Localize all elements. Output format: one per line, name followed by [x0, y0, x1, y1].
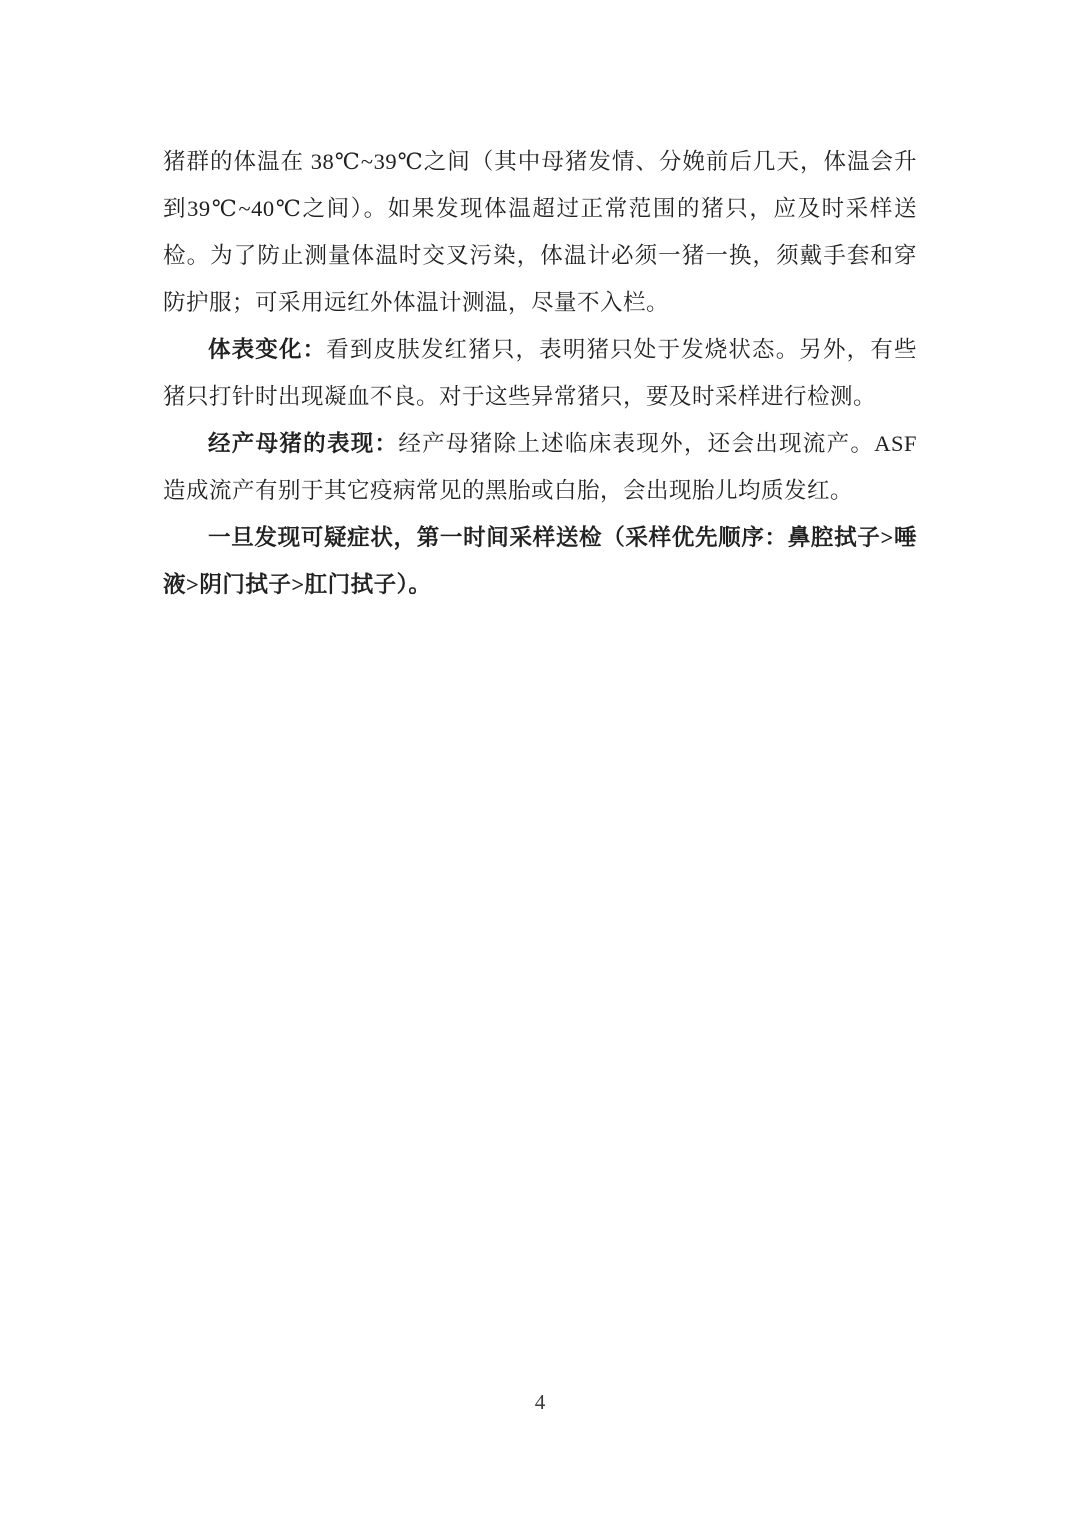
document-page: 猪群的体温在 38℃~39℃之间（其中母猪发情、分娩前后几天，体温会升到39℃~…: [0, 0, 1080, 1527]
bold-text-run: 体表变化：: [208, 337, 326, 362]
paragraph: 体表变化：看到皮肤发红猪只，表明猪只处于发烧状态。另外，有些猪只打针时出现凝血不…: [163, 326, 917, 420]
page-number: 4: [0, 1390, 1080, 1415]
paragraph: 经产母猪的表现：经产母猪除上述临床表现外，还会出现流产。ASF 造成流产有别于其…: [163, 420, 917, 514]
bold-text-run: 经产母猪的表现：: [208, 431, 398, 456]
text-run: 猪群的体温在 38℃~39℃之间（其中母猪发情、分娩前后几天，体温会升到39℃~…: [163, 149, 917, 315]
body-text: 猪群的体温在 38℃~39℃之间（其中母猪发情、分娩前后几天，体温会升到39℃~…: [163, 138, 917, 608]
paragraph: 猪群的体温在 38℃~39℃之间（其中母猪发情、分娩前后几天，体温会升到39℃~…: [163, 138, 917, 326]
paragraph: 一旦发现可疑症状，第一时间采样送检（采样优先顺序：鼻腔拭子>唾液>阴门拭子>肛门…: [163, 514, 917, 608]
bold-text-run: 一旦发现可疑症状，第一时间采样送检（采样优先顺序：鼻腔拭子>唾液>阴门拭子>肛门…: [163, 525, 917, 597]
